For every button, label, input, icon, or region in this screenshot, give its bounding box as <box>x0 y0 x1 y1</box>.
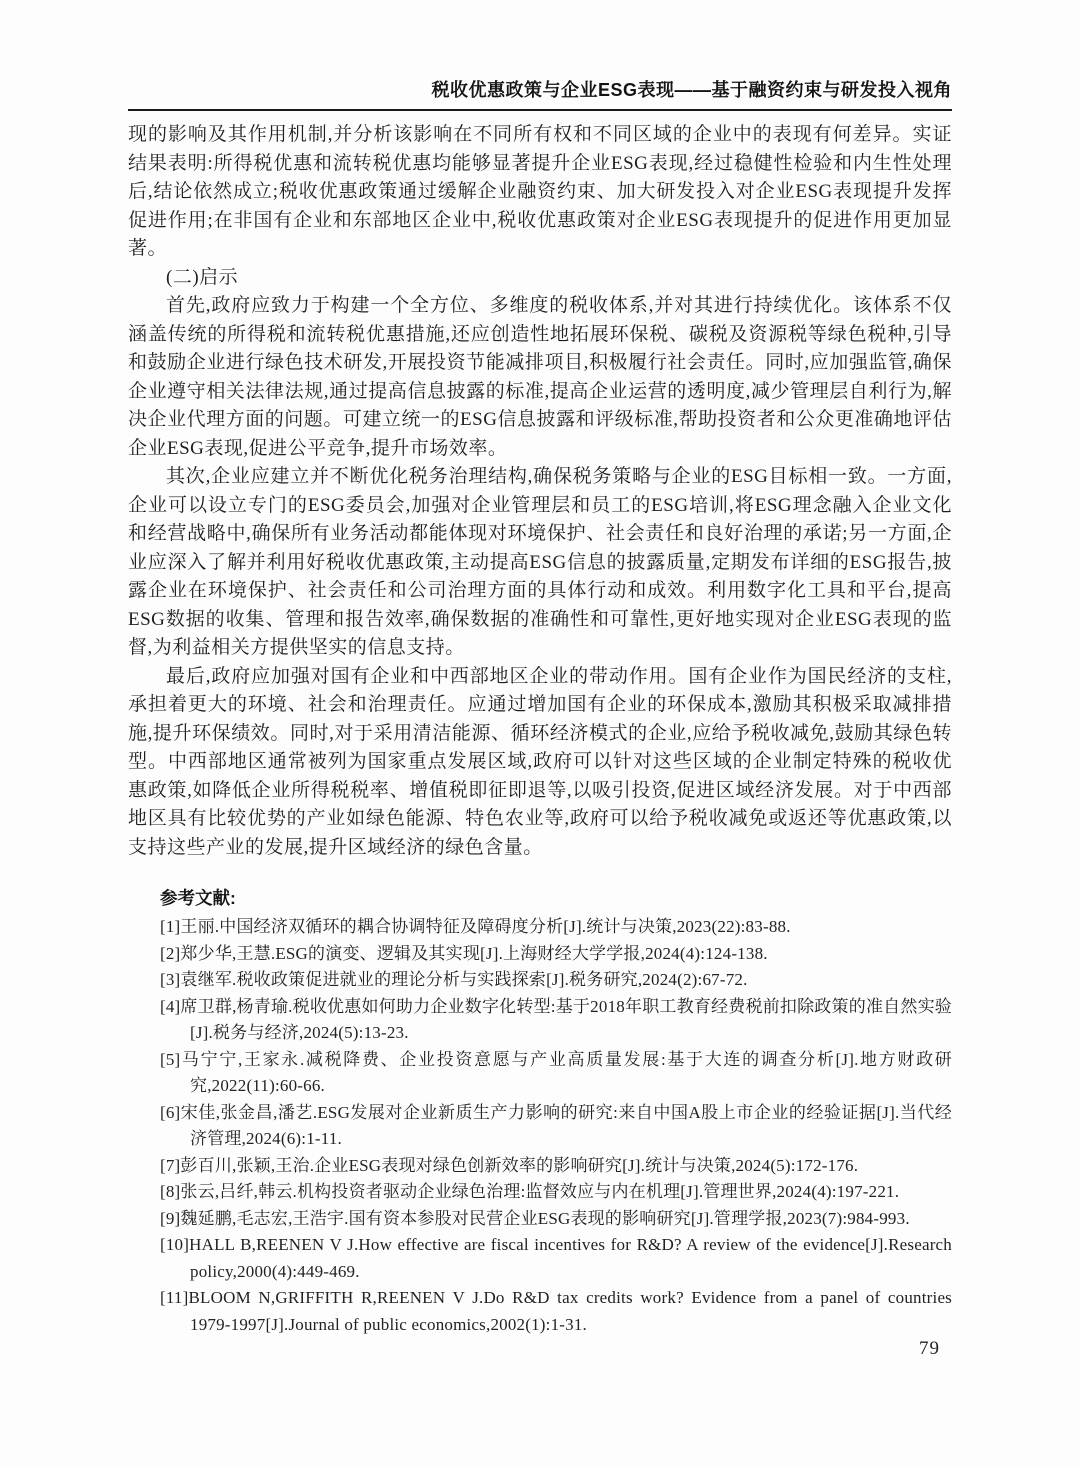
reference-item: [5]马宁宁,王家永.减税降费、企业投资意愿与产业高质量发展:基于大连的调查分析… <box>160 1047 952 1100</box>
reference-item: [10]HALL B,REENEN V J.How effective are … <box>160 1232 952 1285</box>
body-paragraph: 其次,企业应建立并不断优化税务治理结构,确保税务策略与企业的ESG目标相一致。一… <box>128 463 952 663</box>
reference-item: [7]彭百川,张颖,王治.企业ESG表现对绿色创新效率的影响研究[J].统计与决… <box>160 1153 952 1180</box>
body-paragraph: 最后,政府应加强对国有企业和中西部地区企业的带动作用。国有企业作为国民经济的支柱… <box>128 663 952 863</box>
reference-item: [8]张云,吕纤,韩云.机构投资者驱动企业绿色治理:监督效应与内在机理[J].管… <box>160 1179 952 1206</box>
running-head-title: 税收优惠政策与企业ESG表现——基于融资约束与研发投入视角 <box>128 78 952 109</box>
section-heading: (二)启示 <box>128 264 952 293</box>
reference-item: [11]BLOOM N,GRIFFITH R,REENEN V J.Do R&D… <box>160 1285 952 1338</box>
reference-list: [1]王丽.中国经济双循环的耦合协调特征及障碍度分析[J].统计与决策,2023… <box>160 914 952 1338</box>
reference-item: [6]宋佳,张金昌,潘艺.ESG发展对企业新质生产力影响的研究:来自中国A股上市… <box>160 1100 952 1153</box>
body-paragraph: 首先,政府应致力于构建一个全方位、多维度的税收体系,并对其进行持续优化。该体系不… <box>128 292 952 463</box>
reference-item: [3]袁继军.税收政策促进就业的理论分析与实践探索[J].税务研究,2024(2… <box>160 967 952 994</box>
reference-item: [9]魏延鹏,毛志宏,王浩宇.国有资本参股对民营企业ESG表现的影响研究[J].… <box>160 1206 952 1233</box>
references-heading: 参考文献: <box>160 884 952 912</box>
body-paragraph: 现的影响及其作用机制,并分析该影响在不同所有权和不同区域的企业中的表现有何差异。… <box>128 121 952 264</box>
references-section: 参考文献: [1]王丽.中国经济双循环的耦合协调特征及障碍度分析[J].统计与决… <box>160 884 952 1338</box>
paragraphs: 现的影响及其作用机制,并分析该影响在不同所有权和不同区域的企业中的表现有何差异。… <box>128 121 952 862</box>
page-header: 税收优惠政策与企业ESG表现——基于融资约束与研发投入视角 <box>128 78 952 111</box>
paper-page: 税收优惠政策与企业ESG表现——基于融资约束与研发投入视角 现的影响及其作用机制… <box>0 0 1080 1466</box>
reference-item: [2]郑少华,王慧.ESG的演变、逻辑及其实现[J].上海财经大学学报,2024… <box>160 941 952 968</box>
page-number: 79 <box>919 1338 940 1360</box>
article-body: 现的影响及其作用机制,并分析该影响在不同所有权和不同区域的企业中的表现有何差异。… <box>128 121 952 1338</box>
header-rule <box>128 109 952 111</box>
reference-item: [1]王丽.中国经济双循环的耦合协调特征及障碍度分析[J].统计与决策,2023… <box>160 914 952 941</box>
reference-item: [4]席卫群,杨青瑜.税收优惠如何助力企业数字化转型:基于2018年职工教育经费… <box>160 994 952 1047</box>
